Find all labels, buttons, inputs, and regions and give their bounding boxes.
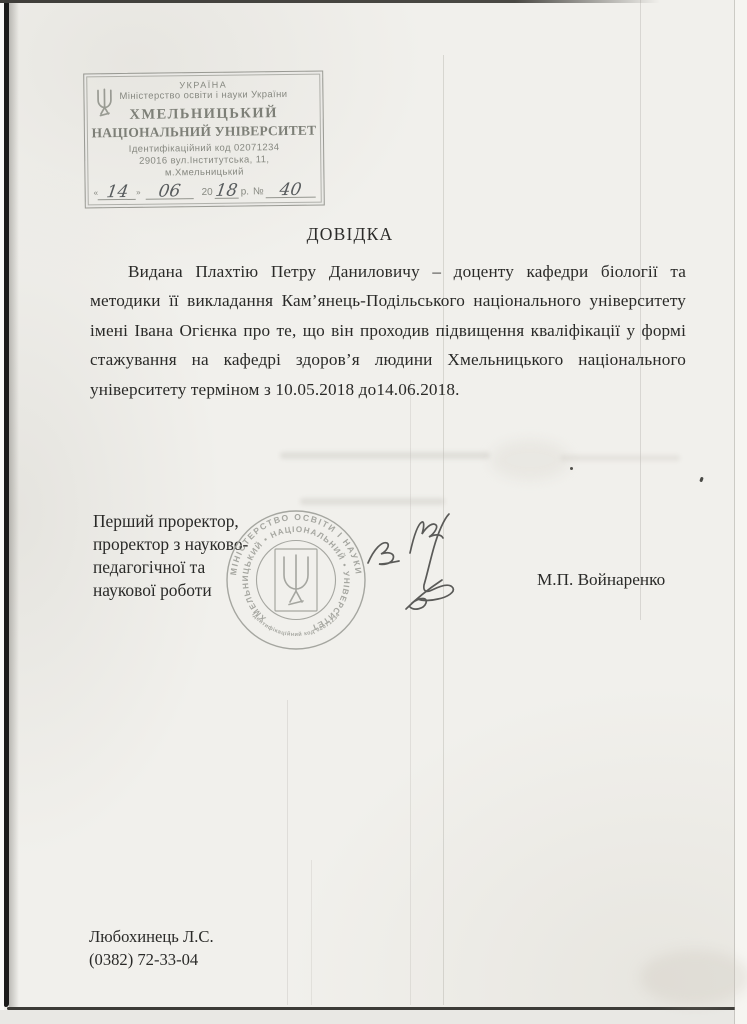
stamp-number-sign: № (251, 186, 266, 198)
stamp-ministry: Міністерство освіти і науки України (84, 89, 322, 104)
scanned-certificate-page: УКРАЇНА Міністерство освіти і науки Укра… (0, 0, 747, 1024)
scan-ghost-smudge (560, 455, 680, 461)
document-title: ДОВІДКА (90, 224, 610, 245)
paper-blotch (640, 950, 747, 1005)
paper-fold-streak (410, 380, 411, 1005)
body-line: методики її викладання Кам’янець-Подільс… (90, 291, 686, 320)
stamp-date-row: « 14 » 06 20 18 р. № 40 (93, 174, 315, 201)
stamp-month-handwritten: 06 (145, 176, 193, 200)
stamp-quote-close: » (136, 188, 141, 200)
body-line: Видана Плахтію Петру Даниловичу – доцент… (90, 262, 686, 291)
handwritten-signature (352, 483, 487, 623)
body-line: імені Івана Огієнка про те, що він прохо… (90, 321, 686, 350)
paper-fold-streak (311, 860, 312, 1005)
paper-fold-streak (287, 700, 288, 1005)
stamp-number-handwritten: 40 (266, 175, 316, 199)
trident-icon (284, 555, 308, 605)
signatory-name: М.П. Войнаренко (537, 570, 665, 590)
ink-speck (570, 467, 573, 470)
body-line: університету терміном з 10.05.2018 до14.… (90, 380, 686, 409)
trident-icon (93, 87, 115, 119)
scan-edge-right-band (735, 0, 747, 1024)
scan-edge-left-gradient (9, 3, 19, 1007)
stamp-year-handwritten: 18 (214, 176, 238, 199)
university-rubber-stamp: УКРАЇНА Міністерство освіти і науки Укра… (83, 71, 325, 209)
stamp-year-printed: 20 (199, 187, 214, 199)
stamp-day-handwritten: 14 (98, 177, 136, 200)
contact-phone: (0382) 72-33-04 (89, 948, 214, 971)
stamp-year-suffix: р. (239, 186, 251, 198)
scan-edge-top-line (0, 0, 660, 3)
ink-speck (699, 477, 704, 483)
contact-person-name: Любохинець Л.С. (89, 925, 214, 948)
scan-ghost-smudge (280, 452, 490, 459)
paper-blotch (490, 440, 570, 480)
certificate-body: Видана Плахтію Петру Даниловичу – доцент… (90, 262, 686, 409)
scan-edge-bottom-band (0, 1010, 747, 1024)
round-official-seal: МІНІСТЕРСТВО ОСВІТИ І НАУКИ Ідентифікаці… (221, 505, 371, 655)
body-line: стажування на кафедрі здоров’я людини Хм… (90, 350, 686, 379)
footer-contact-block: Любохинець Л.С. (0382) 72-33-04 (89, 925, 214, 971)
stamp-university-line2: НАЦІОНАЛЬНИЙ УНІВЕРСИТЕТ (85, 122, 323, 143)
